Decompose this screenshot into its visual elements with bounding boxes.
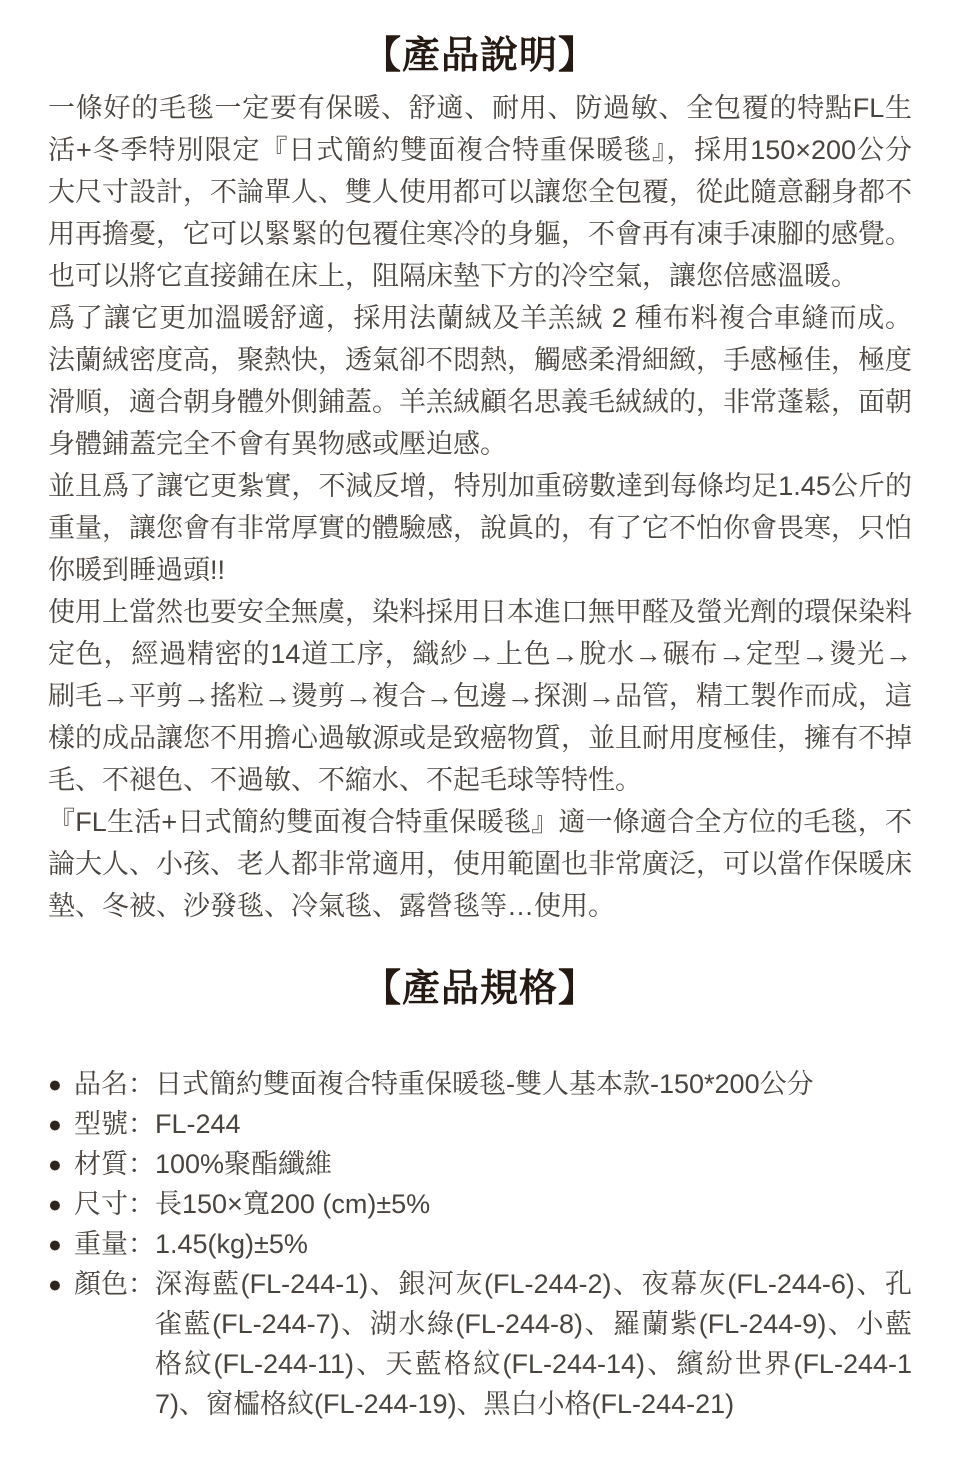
spec-value: 100%聚酯纖維 bbox=[155, 1144, 912, 1184]
spec-value: FL-244 bbox=[155, 1104, 912, 1144]
spec-label: 品名： bbox=[74, 1064, 155, 1104]
spec-label: 顏色： bbox=[74, 1264, 155, 1304]
spec-item-material: ● 材質： 100%聚酯纖維 bbox=[48, 1144, 912, 1184]
product-detail-page: 【產品說明】 一條好的毛毯一定要有保暖、舒適、耐用、防過敏、全包覆的特點FL生活… bbox=[0, 0, 960, 1464]
spec-label: 型號： bbox=[74, 1104, 155, 1144]
spec-item-dimensions: ● 尺寸： 長150×寬200 (cm)±5% bbox=[48, 1184, 912, 1224]
spec-item-colors: ● 顏色： 深海藍(FL-244-1)、銀河灰(FL-244-2)、夜幕灰(FL… bbox=[48, 1264, 912, 1424]
product-description-title: 【產品說明】 bbox=[48, 24, 912, 79]
bullet-icon: ● bbox=[48, 1144, 74, 1184]
bullet-icon: ● bbox=[48, 1224, 74, 1264]
description-paragraph: 爲了讓它更加溫暖舒適，採用法蘭絨及羊羔絨 2 種布料複合車縫而成。法蘭絨密度高，… bbox=[48, 297, 912, 465]
description-paragraph: 『FL生活+日式簡約雙面複合特重保暖毯』適一條適合全方位的毛毯，不論大人、小孩、… bbox=[48, 801, 912, 927]
product-description-body: 一條好的毛毯一定要有保暖、舒適、耐用、防過敏、全包覆的特點FL生活+冬季特別限定… bbox=[48, 87, 912, 927]
spec-label: 尺寸： bbox=[74, 1184, 155, 1224]
spec-label: 重量： bbox=[74, 1224, 155, 1264]
description-paragraph: 一條好的毛毯一定要有保暖、舒適、耐用、防過敏、全包覆的特點FL生活+冬季特別限定… bbox=[48, 87, 912, 297]
bullet-icon: ● bbox=[48, 1064, 74, 1104]
product-specs-title: 【產品規格】 bbox=[48, 957, 912, 1012]
spec-item-weight: ● 重量： 1.45(kg)±5% bbox=[48, 1224, 912, 1264]
spec-value: 1.45(kg)±5% bbox=[155, 1224, 912, 1264]
bullet-icon: ● bbox=[48, 1184, 74, 1224]
description-paragraph: 並且爲了讓它更紮實，不減反增，特別加重磅數達到每條均足1.45公斤的重量，讓您會… bbox=[48, 465, 912, 591]
bullet-icon: ● bbox=[48, 1264, 74, 1304]
spec-value: 日式簡約雙面複合特重保暖毯-雙人基本款-150*200公分 bbox=[155, 1064, 912, 1104]
description-paragraph: 使用上當然也要安全無虞，染料採用日本進口無甲醛及螢光劑的環保染料定色，經過精密的… bbox=[48, 591, 912, 801]
spec-item-model-number: ● 型號： FL-244 bbox=[48, 1104, 912, 1144]
spec-item-product-name: ● 品名： 日式簡約雙面複合特重保暖毯-雙人基本款-150*200公分 bbox=[48, 1064, 912, 1104]
spec-value: 深海藍(FL-244-1)、銀河灰(FL-244-2)、夜幕灰(FL-244-6… bbox=[155, 1264, 912, 1424]
spec-value: 長150×寬200 (cm)±5% bbox=[155, 1184, 912, 1224]
bullet-icon: ● bbox=[48, 1104, 74, 1144]
spec-label: 材質： bbox=[74, 1144, 155, 1184]
spec-list: ● 品名： 日式簡約雙面複合特重保暖毯-雙人基本款-150*200公分 ● 型號… bbox=[48, 1064, 912, 1424]
